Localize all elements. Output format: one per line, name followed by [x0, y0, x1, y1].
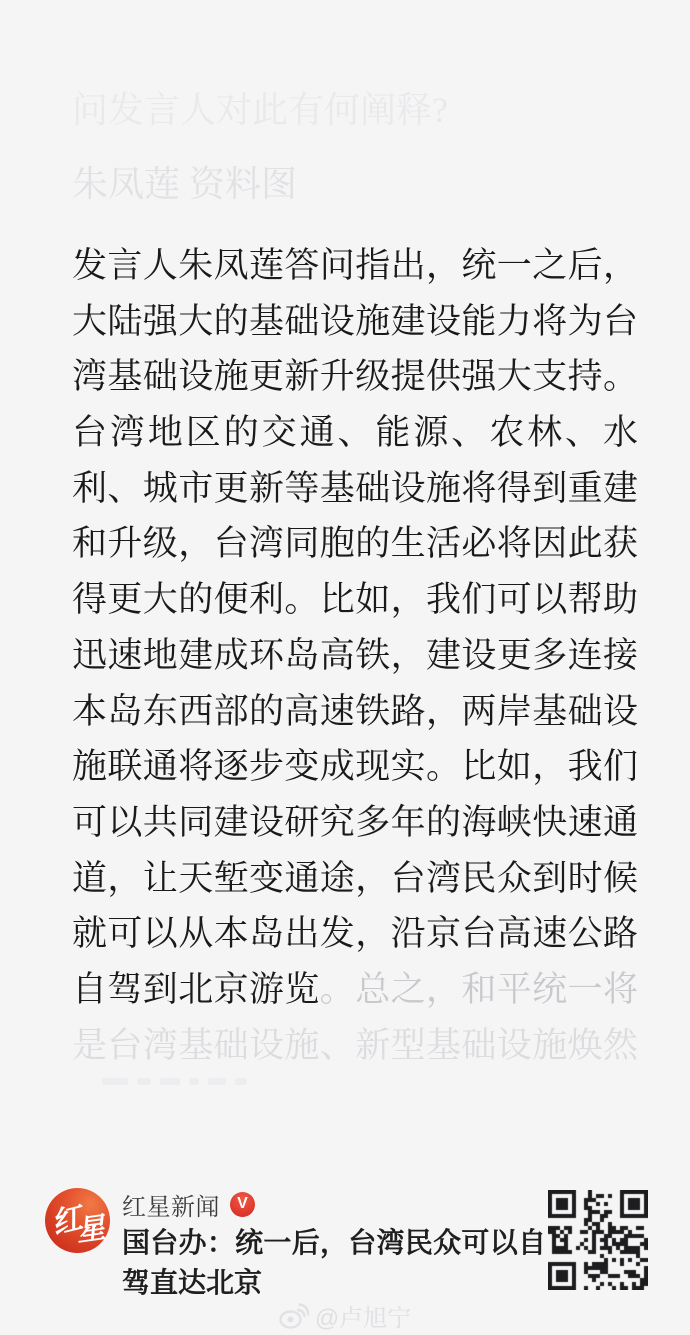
watermark-handle: @卢旭宁	[315, 1298, 411, 1333]
article-text-line: 湾基础设施更新升级提供强大支持。	[72, 349, 638, 405]
photo-caption-line: 朱凤莲 资料图	[72, 162, 638, 206]
article-text-line: 台湾地区的交通、能源、农林、水	[72, 405, 638, 461]
qr-code	[548, 1190, 648, 1290]
article-text-line: 发言人朱凤莲答问指出，统一之后，	[72, 238, 638, 294]
article-text-line: 得更大的便利。比如，我们可以帮助	[72, 572, 638, 628]
article-text-line: 和升级，台湾同胞的生活必将因此获	[72, 516, 638, 572]
article-text-line: 施联通将逐步变成现实。比如，我们	[72, 739, 638, 795]
faded-context-line: 问发言人对此有何阐释?	[72, 88, 638, 132]
red-star-news-logo-icon: 红 星	[45, 1188, 110, 1253]
article-text-line: 是台湾基础设施、新型基础设施焕然	[72, 1018, 638, 1074]
article-text-line: 大陆强大的基础设施建设能力将为台	[72, 294, 638, 350]
news-quote-card: 问发言人对此有何阐释? 朱凤莲 资料图 发言人朱凤莲答问指出，统一之后， 大陆强…	[0, 0, 690, 1335]
article-text-line: 迅速地建成环岛高铁，建设更多连接	[72, 628, 638, 684]
source-row: 红星新闻 V	[122, 1190, 255, 1218]
verified-badge-icon: V	[230, 1192, 255, 1217]
article-text-line: 就可以从本岛出发，沿京台高速公路	[72, 906, 638, 962]
article-headline: 国台办：统一后，台湾民众可以自驾直达北京	[122, 1223, 546, 1303]
faded-truncated-line	[102, 1078, 256, 1088]
article-text-line: 本岛东西部的高速铁路，两岸基础设	[72, 684, 638, 740]
source-name: 红星新闻	[122, 1187, 220, 1222]
article-quote-block: 发言人朱凤莲答问指出，统一之后， 大陆强大的基础设施建设能力将为台 湾基础设施更…	[72, 238, 638, 1073]
article-text-line: 可以共同建设研究多年的海峡快速通	[72, 795, 638, 851]
article-text-line: 利、城市更新等基础设施将得到重建	[72, 461, 638, 517]
source-footer: 红 星 红星新闻 V 国台办：统一后，台湾民众可以自驾直达北京	[0, 1185, 690, 1305]
article-text-line: 道，让天堑变通途，台湾民众到时候	[72, 851, 638, 907]
article-text-line: 自驾到北京游览。总之，和平统一将	[72, 962, 638, 1018]
watermark: @卢旭宁	[0, 1300, 690, 1330]
weibo-icon	[279, 1301, 309, 1329]
